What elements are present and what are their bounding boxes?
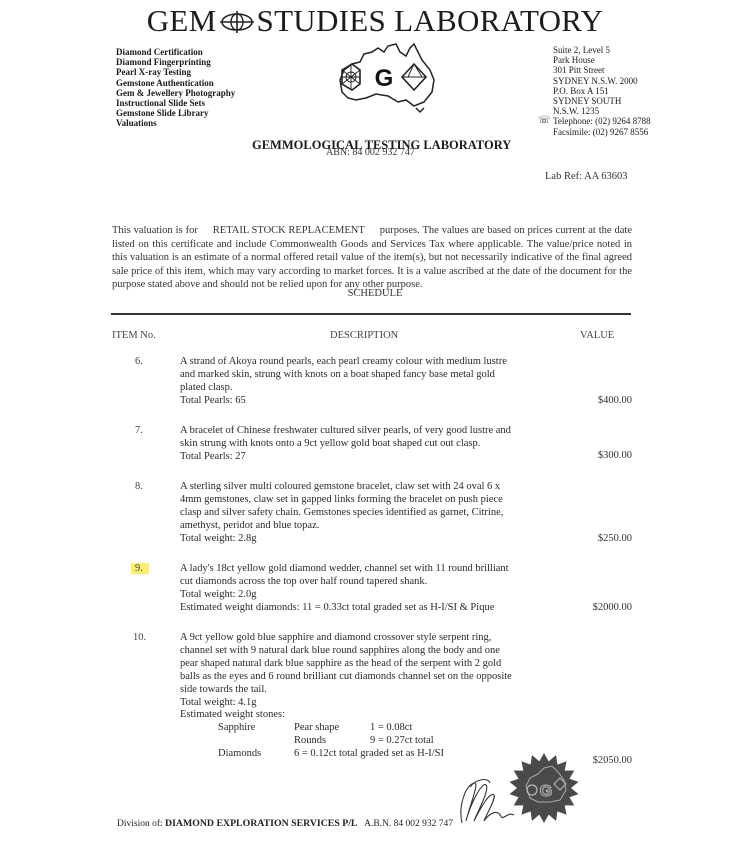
item-number: 8. — [135, 481, 143, 492]
address-line: P.O. Box A 151 — [553, 86, 651, 96]
description-line: Total Pearls: 27 — [180, 451, 565, 464]
description-line: clasp and silver safety chain. Gemstones… — [180, 507, 565, 520]
lab-abn: ABN: 84 002 932 747 — [326, 147, 415, 158]
stone-detail: 1 = 0.08ct — [370, 722, 412, 733]
address-line: SYDNEY N.S.W. 2000 — [553, 76, 651, 86]
item-value: $250.00 — [560, 533, 632, 544]
item-description: A strand of Akoya round pearls, each pea… — [180, 356, 565, 408]
column-header-description: DESCRIPTION — [330, 330, 398, 341]
description-line: pear shaped natural dark blue sapphire a… — [180, 658, 565, 671]
description-line: Total weight: 4.1g — [180, 697, 565, 710]
description-line: side towards the tail. — [180, 684, 565, 697]
footer-abn: A.B.N. 84 002 932 747 — [364, 819, 453, 829]
stone-type: Diamonds — [218, 748, 261, 759]
column-header-value: VALUE — [580, 330, 614, 341]
valuation-statement: This valuation is for RETAIL STOCK REPLA… — [112, 224, 632, 292]
description-line: cut diamonds across the top over half ro… — [180, 576, 565, 589]
description-line: balls as the eyes and 6 round brilliant … — [180, 671, 565, 684]
service-item: Valuations — [116, 118, 235, 128]
title-gem: GEM — [147, 3, 217, 38]
service-item: Gemstone Authentication — [116, 78, 235, 88]
item-value: $300.00 — [560, 450, 632, 461]
description-line: Estimated weight stones: — [180, 709, 565, 722]
australia-gem-logo: G — [326, 40, 446, 115]
address-line: N.S.W. 1235 — [553, 106, 651, 116]
schedule-heading: SCHEDULE — [0, 288, 750, 299]
service-item: Gemstone Slide Library — [116, 108, 235, 118]
letterhead-title: GEMSTUDIES LABORATORY — [0, 3, 750, 39]
item-description: A lady's 18ct yellow gold diamond wedder… — [180, 563, 565, 615]
telephone-number: Telephone: (02) 9264 8788 — [553, 116, 651, 126]
service-item: Diamond Fingerprinting — [116, 57, 235, 67]
intro-prefix: This valuation is for — [112, 225, 198, 236]
item-value: $2000.00 — [560, 602, 632, 613]
address-line: Park House — [553, 55, 651, 65]
description-line: Total weight: 2.8g — [180, 533, 565, 546]
item-number: 9. — [131, 563, 149, 574]
description-line: channel set with 9 natural dark blue rou… — [180, 645, 565, 658]
seal-g-letter: G — [540, 783, 552, 800]
embossed-seal: G — [508, 752, 580, 824]
footer-company: DIAMOND EXPLORATION SERVICES P/L — [165, 818, 357, 829]
lab-reference: Lab Ref: AA 63603 — [545, 171, 628, 182]
divider-line — [111, 313, 631, 315]
description-line: Estimated weight diamonds: 11 = 0.33ct t… — [180, 602, 565, 615]
service-item: Pearl X-ray Testing — [116, 67, 235, 77]
stone-shape: Pear shape — [294, 722, 339, 733]
address-block: Suite 2, Level 5 Park House 301 Pitt Str… — [553, 45, 651, 137]
service-item: Instructional Slide Sets — [116, 98, 235, 108]
address-line: Suite 2, Level 5 — [553, 45, 651, 55]
description-line: amethyst, peridot and blue topaz. — [180, 520, 565, 533]
title-studies-laboratory: STUDIES LABORATORY — [257, 3, 604, 38]
column-header-item: ITEM No. — [112, 330, 156, 341]
description-line: skin strung with knots onto a 9ct yellow… — [180, 438, 565, 451]
stone-shape: 6 = 0.12ct total graded set as H-I/SI — [294, 748, 444, 759]
description-line: A bracelet of Chinese freshwater culture… — [180, 425, 565, 438]
description-line: plated clasp. — [180, 382, 565, 395]
address-line: 301 Pitt Street — [553, 65, 651, 75]
stone-type: Sapphire — [218, 722, 255, 733]
octahedron-icon — [402, 64, 426, 90]
description-line: A 9ct yellow gold blue sapphire and diam… — [180, 632, 565, 645]
valuation-purpose: RETAIL STOCK REPLACEMENT — [201, 224, 377, 238]
item-number: 6. — [135, 356, 143, 367]
logo-g-letter: G — [375, 65, 394, 92]
description-line: A strand of Akoya round pearls, each pea… — [180, 356, 565, 369]
stone-detail: 9 = 0.27ct total — [370, 735, 434, 746]
round-diamond-icon — [342, 64, 360, 90]
stone-shape: Rounds — [294, 735, 326, 746]
description-line: and marked skin, strung with knots on a … — [180, 369, 565, 382]
facsimile-line: Facsimile: (02) 9267 8556 — [553, 127, 651, 137]
item-description: A bracelet of Chinese freshwater culture… — [180, 425, 565, 464]
footer-prefix: Division of: — [117, 819, 163, 829]
globe-icon — [220, 11, 254, 33]
service-item: Gem & Jewellery Photography — [116, 88, 235, 98]
telephone-line: ☏ Telephone: (02) 9264 8788 — [553, 116, 651, 126]
service-item: Diamond Certification — [116, 47, 235, 57]
footer-division: Division of: DIAMOND EXPLORATION SERVICE… — [117, 818, 453, 829]
services-list: Diamond Certification Diamond Fingerprin… — [116, 47, 235, 129]
description-line: Total Pearls: 65 — [180, 395, 565, 408]
item-value: $400.00 — [560, 395, 632, 406]
description-line: A sterling silver multi coloured gemston… — [180, 481, 565, 494]
telephone-icon: ☏ — [538, 116, 551, 126]
address-line: SYDNEY SOUTH — [553, 96, 651, 106]
description-line: Total weight: 2.0g — [180, 589, 565, 602]
description-line: 4mm gemstones, claw set in gapped links … — [180, 494, 565, 507]
description-line: A lady's 18ct yellow gold diamond wedder… — [180, 563, 565, 576]
item-number: 10. — [133, 632, 146, 643]
item-number: 7. — [135, 425, 143, 436]
item-description: A sterling silver multi coloured gemston… — [180, 481, 565, 546]
item-description: A 9ct yellow gold blue sapphire and diam… — [180, 632, 565, 722]
